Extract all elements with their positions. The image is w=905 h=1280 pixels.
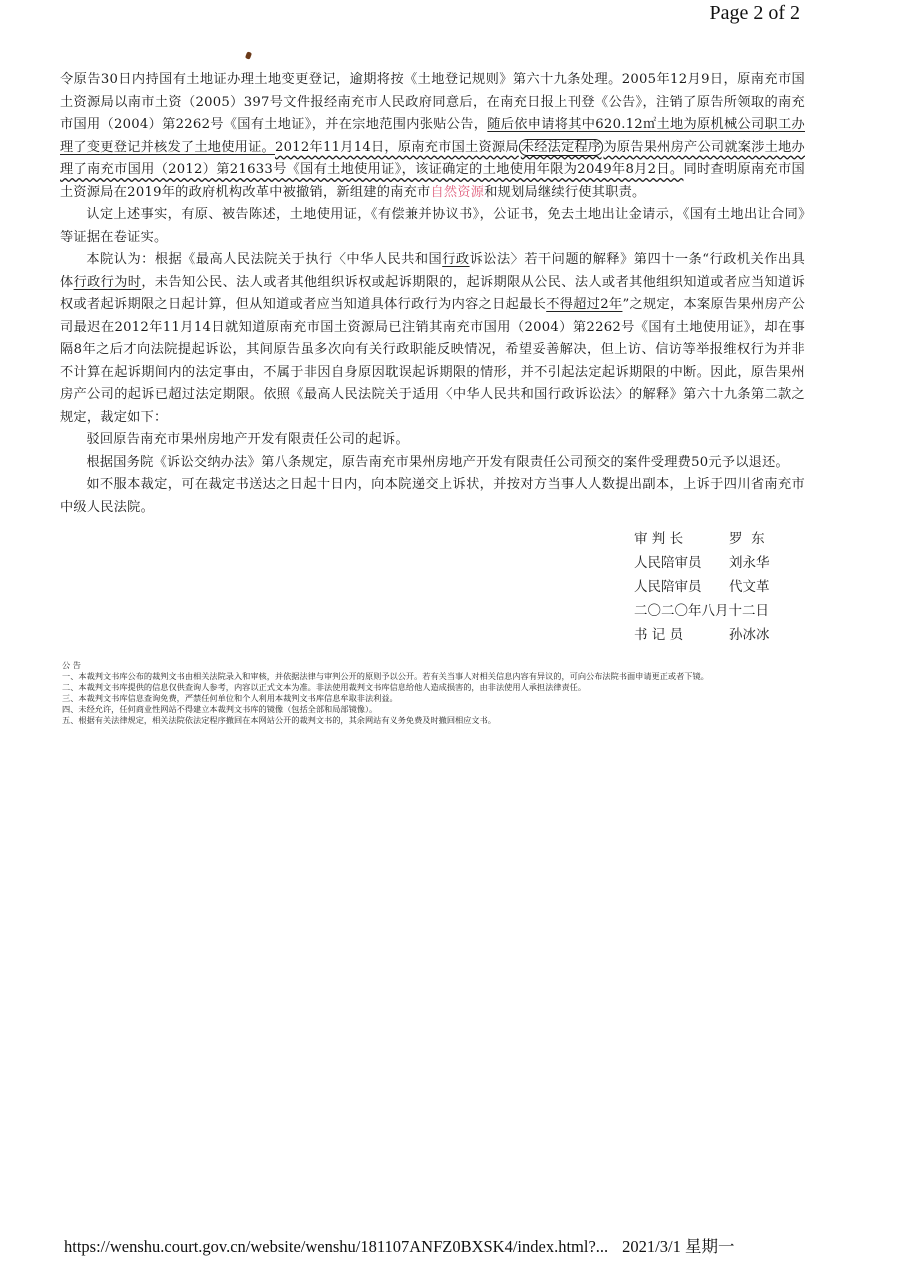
signature-name: 孙冰冰 — [729, 623, 814, 647]
paragraph-appeal: 如不服本裁定，可在裁定书送达之日起十日内，向本院递交上诉状，并按对方当事人人数提… — [60, 474, 805, 519]
paragraph-ruling: 驳回原告南充市果州房地产开发有限责任公司的起诉。 — [60, 429, 805, 452]
notice-title: 公 告 — [62, 660, 807, 671]
document-body: 令原告30日内持国有土地证办理土地变更登记，逾期将按《土地登记规则》第六十九条处… — [60, 69, 805, 519]
signature-name: 刘永华 — [729, 551, 814, 575]
signature-date: 二〇二〇年八月十二日 — [634, 599, 814, 623]
highlighted-text: 自然资源 — [431, 185, 485, 200]
signature-row: 人民陪审员 刘永华 — [634, 551, 814, 575]
text-segment: 本院认为：根据《最高人民法院关于执行〈中华人民共和国 — [86, 252, 442, 267]
text-segment: 和规划局继续行使其职责。 — [484, 185, 645, 200]
notice-item: 五、根据有关法律规定，相关法院依法定程序撤回在本网站公开的裁判文书的，其余网站有… — [62, 715, 807, 726]
underlined-text: 行政 — [442, 252, 469, 267]
signature-role: 审 判 长 — [634, 527, 729, 551]
page-number: Page 2 of 2 — [709, 2, 800, 25]
circled-text: 未经法定程序 — [519, 139, 604, 156]
signature-name: 代文革 — [729, 575, 814, 599]
paragraph-fee: 根据国务院《诉讼交纳办法》第八条规定，原告南充市果州房地产开发有限责任公司预交的… — [60, 452, 805, 475]
notice-item: 四、未经允许，任何商业性网站不得建立本裁判文书库的镜像（包括全部和局部镜像）。 — [62, 704, 807, 715]
notice-item: 二、本裁判文书库提供的信息仅供查询人参考，内容以正式文本为准。非法使用裁判文书库… — [62, 682, 807, 693]
signature-block: 审 判 长 罗 东 人民陪审员 刘永华 人民陪审员 代文革 二〇二〇年八月十二日… — [634, 527, 814, 647]
paragraph-evidence: 认定上述事实，有原、被告陈述，土地使用证，《有偿兼并协议书》，公证书，免去土地出… — [60, 204, 805, 249]
paragraph-reasoning: 本院认为：根据《最高人民法院关于执行〈中华人民共和国行政诉讼法〉若干问题的解释》… — [60, 249, 805, 429]
signature-role: 人民陪审员 — [634, 575, 729, 599]
signature-role: 书 记 员 — [634, 623, 729, 647]
signature-row: 人民陪审员 代文革 — [634, 575, 814, 599]
signature-name: 罗 东 — [729, 527, 814, 551]
underlined-text: 不得超过2年 — [546, 297, 622, 312]
paragraph-facts: 令原告30日内持国有土地证办理土地变更登记，逾期将按《土地登记规则》第六十九条处… — [60, 69, 805, 204]
signature-role: 人民陪审员 — [634, 551, 729, 575]
wavy-underlined-text: 2012年11月14日，原南充市国土资源局 — [275, 140, 519, 155]
text-segment: ”之规定，本案原告果州房产公司最迟在2012年11月14日就知道原南充市国土资源… — [60, 297, 805, 425]
notice-item: 一、本裁判文书库公布的裁判文书由相关法院录入和审核，并依据法律与审判公开的原则予… — [62, 671, 807, 682]
footer-date: 2021/3/1 星期一 — [622, 1237, 734, 1256]
print-footer: https://wenshu.court.gov.cn/website/wens… — [64, 1233, 734, 1257]
notice-item: 三、本裁判文书库信息查询免费，严禁任何单位和个人利用本裁判文书库信息牟取非法利益… — [62, 693, 807, 704]
ink-speck — [245, 51, 252, 59]
underlined-text: 行政行为时 — [74, 275, 142, 290]
signature-row: 审 判 长 罗 东 — [634, 527, 814, 551]
signature-row: 书 记 员 孙冰冰 — [634, 623, 814, 647]
public-notice: 公 告 一、本裁判文书库公布的裁判文书由相关法院录入和审核，并依据法律与审判公开… — [62, 660, 807, 726]
footer-url: https://wenshu.court.gov.cn/website/wens… — [64, 1237, 608, 1256]
